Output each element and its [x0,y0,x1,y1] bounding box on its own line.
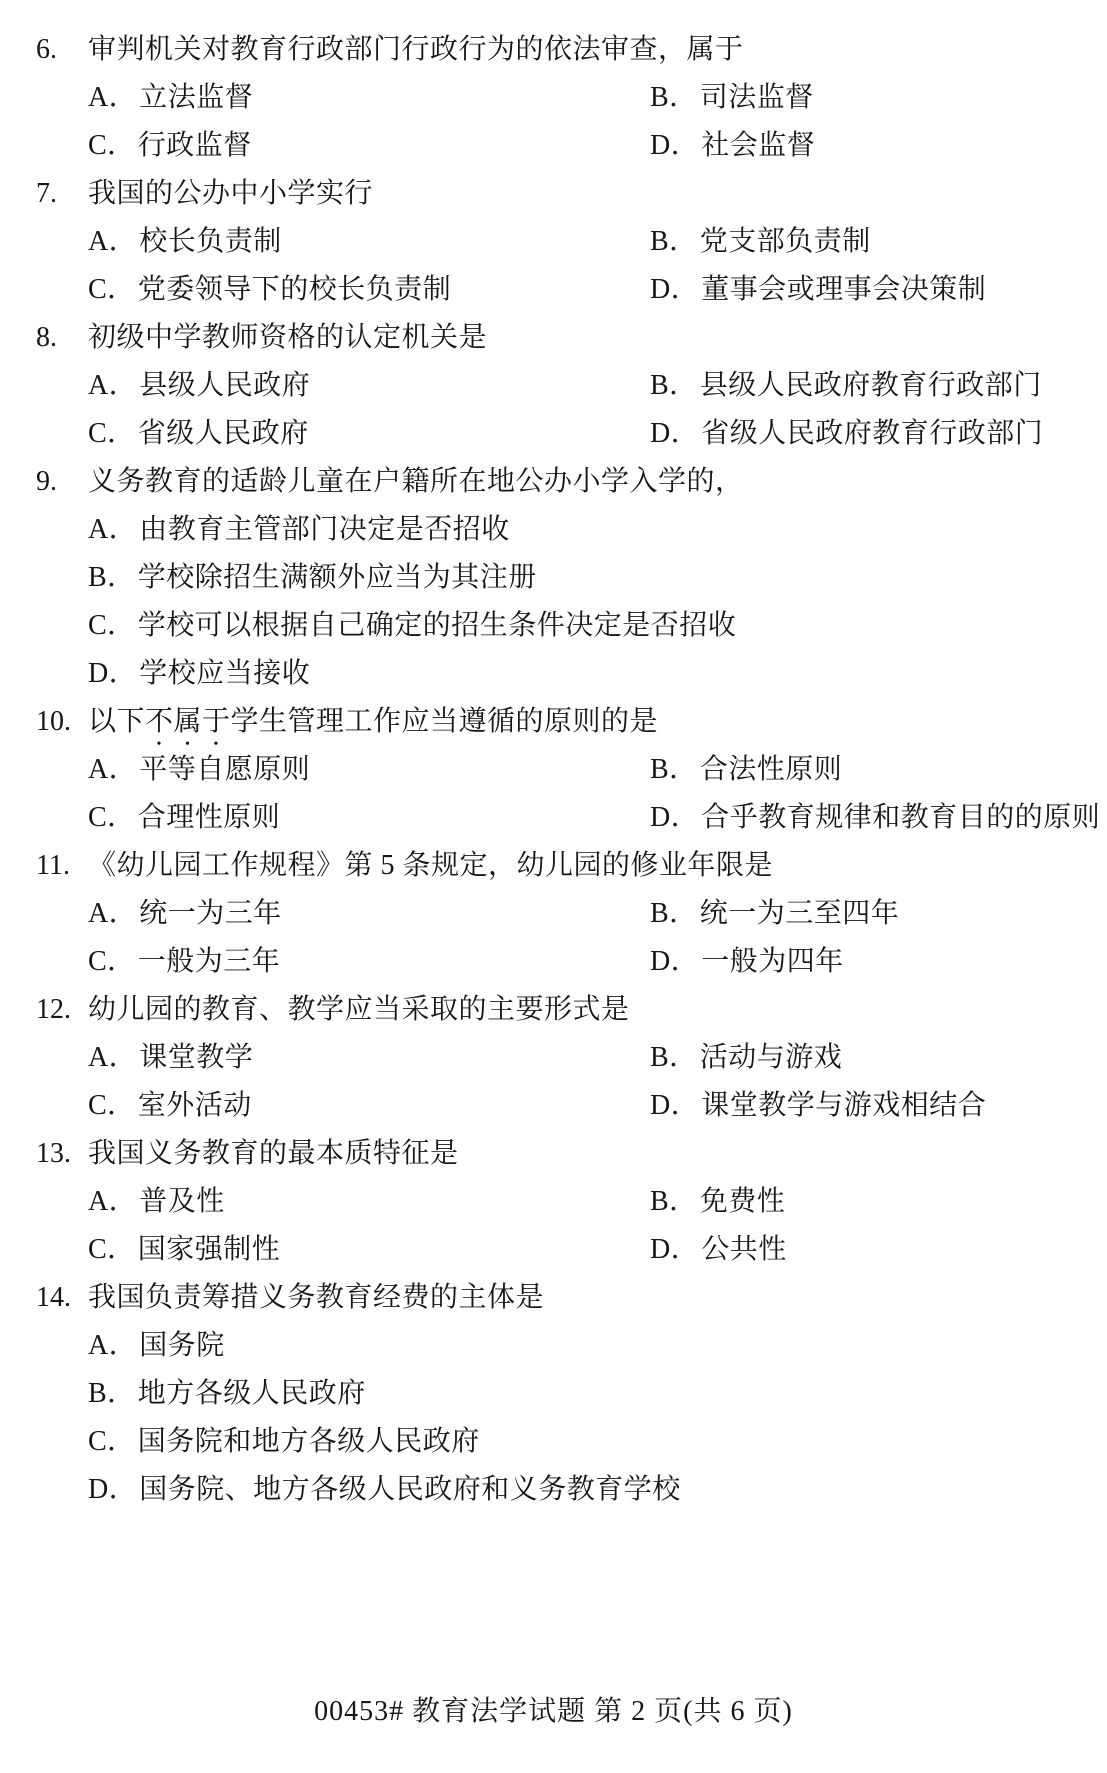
option-row: A．县级人民政府B．县级人民政府教育行政部门 [0,362,1107,410]
option: D．学校应当接收 [88,650,310,698]
option-text: 党支部负责制 [700,226,871,257]
option-label: B． [650,746,698,794]
option-label: A． [88,746,137,794]
question-stem-row: 9.义务教育的适龄儿童在户籍所在地公办小学入学的， [0,458,1107,506]
question-block: 12.幼儿园的教育、教学应当采取的主要形式是A．课堂教学B．活动与游戏C．室外活… [0,986,1107,1130]
option-text: 统一为三至四年 [700,898,900,929]
question-stem: 幼儿园的教育、教学应当采取的主要形式是 [88,986,630,1034]
option: B．免费性 [650,1178,785,1226]
option: D．国务院、地方各级人民政府和义务教育学校 [88,1466,681,1514]
option: B．县级人民政府教育行政部门 [650,362,1042,410]
option: B．学校除招生满额外应当为其注册 [88,554,537,602]
option: A．由教育主管部门决定是否招收 [88,506,510,554]
question-stem-row: 10.以下不属于学生管理工作应当遵循的原则的是 [0,698,1107,746]
option-label: D． [88,1466,137,1514]
option: A．国务院 [88,1322,225,1370]
option-text: 一般为四年 [701,946,844,977]
option-label: A． [88,1322,137,1370]
option-text: 统一为三年 [139,898,282,929]
option-text: 公共性 [701,1234,787,1265]
option: C．省级人民政府 [88,410,309,458]
option-text: 一般为三年 [138,946,281,977]
option-text: 省级人民政府教育行政部门 [701,418,1043,449]
option: D．合乎教育规律和教育目的的原则 [650,794,1100,842]
question-number: 12. [36,986,71,1034]
page-footer: 00453# 教育法学试题 第 2 页(共 6 页) [0,1689,1107,1729]
option-text: 国务院和地方各级人民政府 [138,1426,480,1457]
option-row: C．党委领导下的校长负责制D．董事会或理事会决策制 [0,266,1107,314]
question-block: 7.我国的公办中小学实行A．校长负责制B．党支部负责制C．党委领导下的校长负责制… [0,170,1107,314]
option: C．一般为三年 [88,938,280,986]
option-row: A．平等自愿原则B．合法性原则 [0,746,1107,794]
option-label: D． [650,266,699,314]
option-label: D． [88,650,137,698]
option-row: C．一般为三年D．一般为四年 [0,938,1107,986]
option-text: 立法监督 [139,82,253,113]
question-stem-row: 14.我国负责筹措义务教育经费的主体是 [0,1274,1107,1322]
question-number: 7. [36,170,57,218]
option-text: 合理性原则 [138,802,281,833]
option-text: 平等自愿原则 [139,754,310,785]
option-row: B．学校除招生满额外应当为其注册 [0,554,1107,602]
option-label: C． [88,266,136,314]
option-label: D． [650,938,699,986]
option-label: C． [88,794,136,842]
question-stem-row: 7.我国的公办中小学实行 [0,170,1107,218]
option-label: B． [650,74,698,122]
option-row: B．地方各级人民政府 [0,1370,1107,1418]
question-number: 11. [36,842,70,890]
option-text: 免费性 [700,1186,786,1217]
option-text: 党委领导下的校长负责制 [138,274,452,305]
question-number: 10. [36,698,71,746]
option-text: 校长负责制 [139,226,282,257]
question-stem: 义务教育的适龄儿童在户籍所在地公办小学入学的， [88,458,744,506]
option-row: C．国务院和地方各级人民政府 [0,1418,1107,1466]
option: A．普及性 [88,1178,225,1226]
option: C．合理性原则 [88,794,280,842]
option: C．国家强制性 [88,1226,280,1274]
option: A．校长负责制 [88,218,282,266]
question-number: 6. [36,26,57,74]
question-stem: 初级中学教师资格的认定机关是 [88,314,487,362]
option-label: A． [88,890,137,938]
option: A．平等自愿原则 [88,746,310,794]
question-stem-row: 8.初级中学教师资格的认定机关是 [0,314,1107,362]
option: D．省级人民政府教育行政部门 [650,410,1043,458]
question-block: 11.《幼儿园工作规程》第 5 条规定，幼儿园的修业年限是A．统一为三年B．统一… [0,842,1107,986]
option-row: A．校长负责制B．党支部负责制 [0,218,1107,266]
option-row: C．省级人民政府D．省级人民政府教育行政部门 [0,410,1107,458]
option: B．活动与游戏 [650,1034,842,1082]
option-text: 地方各级人民政府 [138,1378,366,1409]
option-label: B． [650,890,698,938]
option-label: C． [88,1418,136,1466]
option-label: B． [88,554,136,602]
option-text: 由教育主管部门决定是否招收 [139,514,510,545]
option-text: 县级人民政府教育行政部门 [700,370,1042,401]
question-block: 6.审判机关对教育行政部门行政行为的依法审查，属于A．立法监督B．司法监督C．行… [0,26,1107,170]
option-text: 司法监督 [700,82,814,113]
option-text: 合乎教育规律和教育目的的原则 [701,802,1100,833]
stem-text: 学生管理工作应当遵循的原则的是 [231,706,659,737]
option: A．县级人民政府 [88,362,310,410]
question-stem-row: 6.审判机关对教育行政部门行政行为的依法审查，属于 [0,26,1107,74]
question-block: 10.以下不属于学生管理工作应当遵循的原则的是A．平等自愿原则B．合法性原则C．… [0,698,1107,842]
option-row: A．由教育主管部门决定是否招收 [0,506,1107,554]
option: C．行政监督 [88,122,252,170]
question-stem: 以下不属于学生管理工作应当遵循的原则的是 [88,698,658,752]
option-text: 国务院、地方各级人民政府和义务教育学校 [139,1474,681,1505]
option-label: B． [88,1370,136,1418]
option-text: 国家强制性 [138,1234,281,1265]
option: A．统一为三年 [88,890,282,938]
option: D．社会监督 [650,122,815,170]
option-label: C． [88,602,136,650]
question-number: 8. [36,314,57,362]
question-stem: 我国的公办中小学实行 [88,170,373,218]
question-stem-row: 13.我国义务教育的最本质特征是 [0,1130,1107,1178]
option-label: A． [88,1178,137,1226]
option-row: D．学校应当接收 [0,650,1107,698]
stem-emphasized-text: 不属于 [145,706,231,737]
option-row: A．立法监督B．司法监督 [0,74,1107,122]
option: B．司法监督 [650,74,814,122]
option-label: D． [650,122,699,170]
option-label: A． [88,1034,137,1082]
option-label: D． [650,1082,699,1130]
question-block: 9.义务教育的适龄儿童在户籍所在地公办小学入学的，A．由教育主管部门决定是否招收… [0,458,1107,698]
option: C．室外活动 [88,1082,252,1130]
option: B．地方各级人民政府 [88,1370,366,1418]
question-stem-row: 11.《幼儿园工作规程》第 5 条规定，幼儿园的修业年限是 [0,842,1107,890]
question-number: 9. [36,458,57,506]
option-row: A．国务院 [0,1322,1107,1370]
question-stem: 我国负责筹措义务教育经费的主体是 [88,1274,544,1322]
option-row: A．统一为三年B．统一为三至四年 [0,890,1107,938]
option-text: 县级人民政府 [139,370,310,401]
option-label: C． [88,122,136,170]
option-label: C． [88,1082,136,1130]
option-row: C．国家强制性D．公共性 [0,1226,1107,1274]
option-label: C． [88,1226,136,1274]
question-number: 14. [36,1274,71,1322]
option-text: 合法性原则 [700,754,843,785]
option-label: A． [88,506,137,554]
option: C．学校可以根据自己确定的招生条件决定是否招收 [88,602,736,650]
option: B．统一为三至四年 [650,890,899,938]
question-list: 6.审判机关对教育行政部门行政行为的依法审查，属于A．立法监督B．司法监督C．行… [0,26,1107,1514]
option-label: B． [650,362,698,410]
option-text: 活动与游戏 [700,1042,843,1073]
option-text: 课堂教学 [139,1042,253,1073]
option-text: 行政监督 [138,130,252,161]
exam-page: 6.审判机关对教育行政部门行政行为的依法审查，属于A．立法监督B．司法监督C．行… [0,0,1107,1729]
option-label: D． [650,410,699,458]
question-block: 14.我国负责筹措义务教育经费的主体是A．国务院B．地方各级人民政府C．国务院和… [0,1274,1107,1514]
option: B．合法性原则 [650,746,842,794]
question-number: 13. [36,1130,71,1178]
question-block: 8.初级中学教师资格的认定机关是A．县级人民政府B．县级人民政府教育行政部门C．… [0,314,1107,458]
option-text: 社会监督 [701,130,815,161]
option-label: D． [650,794,699,842]
option: D．董事会或理事会决策制 [650,266,986,314]
option-row: A．普及性B．免费性 [0,1178,1107,1226]
option-label: C． [88,410,136,458]
option-row: D．国务院、地方各级人民政府和义务教育学校 [0,1466,1107,1514]
option-row: C．行政监督D．社会监督 [0,122,1107,170]
option-label: B． [650,218,698,266]
option: A．课堂教学 [88,1034,253,1082]
option: C．党委领导下的校长负责制 [88,266,451,314]
option-row: C．室外活动D．课堂教学与游戏相结合 [0,1082,1107,1130]
option-label: A． [88,362,137,410]
option: C．国务院和地方各级人民政府 [88,1418,480,1466]
option-text: 董事会或理事会决策制 [701,274,986,305]
option-label: B． [650,1034,698,1082]
option-text: 学校除招生满额外应当为其注册 [138,562,537,593]
option: D．公共性 [650,1226,787,1274]
question-block: 13.我国义务教育的最本质特征是A．普及性B．免费性C．国家强制性D．公共性 [0,1130,1107,1274]
option: A．立法监督 [88,74,253,122]
question-stem-row: 12.幼儿园的教育、教学应当采取的主要形式是 [0,986,1107,1034]
option-text: 室外活动 [138,1090,252,1121]
option-row: C．学校可以根据自己确定的招生条件决定是否招收 [0,602,1107,650]
option-text: 学校可以根据自己确定的招生条件决定是否招收 [138,610,737,641]
option-label: B． [650,1178,698,1226]
option-text: 省级人民政府 [138,418,309,449]
option-label: A． [88,218,137,266]
question-stem: 我国义务教育的最本质特征是 [88,1130,459,1178]
option-text: 国务院 [139,1330,225,1361]
option-row: A．课堂教学B．活动与游戏 [0,1034,1107,1082]
question-stem: 审判机关对教育行政部门行政行为的依法审查，属于 [88,26,744,74]
option: D．课堂教学与游戏相结合 [650,1082,986,1130]
stem-text: 以下 [88,706,145,737]
option-label: C． [88,938,136,986]
option-text: 课堂教学与游戏相结合 [701,1090,986,1121]
option-row: C．合理性原则D．合乎教育规律和教育目的的原则 [0,794,1107,842]
option: B．党支部负责制 [650,218,871,266]
option-text: 普及性 [139,1186,225,1217]
option-label: A． [88,74,137,122]
option-text: 学校应当接收 [139,658,310,689]
question-stem: 《幼儿园工作规程》第 5 条规定，幼儿园的修业年限是 [88,842,773,890]
option: D．一般为四年 [650,938,844,986]
option-label: D． [650,1226,699,1274]
